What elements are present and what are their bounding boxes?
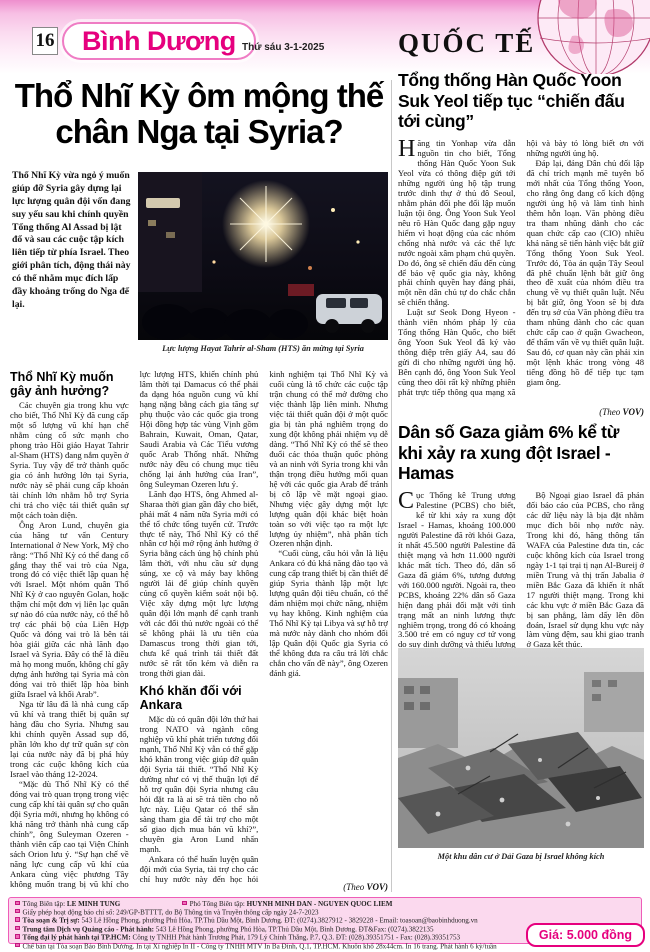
- square-bullet-icon: [15, 934, 20, 939]
- section-title: QUỐC TẾ: [398, 28, 535, 59]
- article-body: Thổ Nhĩ Kỳ muốn gây ảnh hưởng? Các chuyê…: [10, 370, 388, 890]
- paragraph: Lãnh đạo HTS, ông Ahmed al-Sharaa thời g…: [140, 490, 259, 679]
- paragraph: Bộ Ngoại giao Israel đã phản đối báo cáo…: [527, 491, 645, 651]
- article-headline: Thổ Nhĩ Kỳ ôm mộng thế chân Nga tại Syri…: [10, 78, 388, 149]
- price-badge: Giá: 5.000 đồng: [526, 923, 645, 947]
- imprint-row: Tổng Biên tập: LÊ MINH TÙNG Phó Tổng Biê…: [15, 901, 635, 909]
- photo-caption: Lực lượng Hayat Tahrir al-Sham (HTS) ăn …: [138, 344, 388, 353]
- source-attribution: (Theo VOV): [335, 882, 388, 892]
- paragraph: Mặc dù có quân đội lớn thứ hai trong NAT…: [140, 715, 259, 855]
- article-headline: Tổng thống Hàn Quốc Yoon Suk Yeol tiếp t…: [398, 70, 644, 132]
- brand-logo: Bình Dương: [62, 22, 256, 60]
- paragraph: Ông Aron Lund, chuyên gia của hãng tư vấ…: [10, 521, 129, 700]
- imprint-row: Giấy phép hoạt động báo chí số: 249/GP-B…: [15, 909, 635, 917]
- square-bullet-icon: [15, 909, 20, 914]
- paragraph: Nga từ lâu đã là nhà cung cấp vũ khí và …: [10, 700, 129, 780]
- square-bullet-icon: [15, 926, 20, 931]
- body-column-1: Cục Thống kê Trung ương Palestine (PCBS)…: [398, 491, 516, 661]
- paragraph: Hãng tin Yonhap vừa dẫn nguồn tin cho bi…: [398, 139, 516, 308]
- square-bullet-icon: [15, 943, 20, 948]
- square-bullet-icon: [182, 901, 187, 906]
- source-attribution: (Theo VOV): [591, 407, 644, 417]
- article-lead: Thổ Nhĩ Kỳ vừa ngỏ ý muốn giúp đỡ Syria …: [12, 170, 133, 312]
- paragraph: Các chuyên gia trong khu vực cho biết, T…: [10, 401, 129, 521]
- article-body: Cục Thống kê Trung ương Palestine (PCBS)…: [398, 491, 644, 661]
- paragraph: Đáp lại, đảng Dân chủ đối lập đã chỉ trí…: [527, 159, 645, 388]
- article-turkey-syria: Thổ Nhĩ Kỳ ôm mộng thế chân Nga tại Syri…: [10, 78, 388, 892]
- masthead: 16 Bình Dương Thứ sáu 3-1-2025 QUỐC TẾ: [0, 0, 650, 74]
- brand-name: Bình Dương: [82, 26, 236, 57]
- drop-cap: C: [398, 491, 416, 511]
- imprint-entry: Phó Tổng Biên tập: HUỲNH MINH DÂN - NGUY…: [182, 901, 392, 909]
- article-gaza: Dân số Gaza giảm 6% kể từ khi xảy ra xun…: [398, 422, 644, 660]
- square-bullet-icon: [15, 901, 20, 906]
- body-column-2: Bộ Ngoại giao Israel đã phản đối báo cáo…: [527, 491, 645, 661]
- article-headline: Dân số Gaza giảm 6% kể từ khi xảy ra xun…: [398, 422, 644, 484]
- syria-celebration-photo: [138, 172, 388, 340]
- paragraph: “Cuối cùng, câu hỏi vẫn là liệu Ankara c…: [269, 549, 388, 679]
- paragraph: Cục Thống kê Trung ương Palestine (PCBS)…: [398, 491, 516, 660]
- article-korea: Tổng thống Hàn Quốc Yoon Suk Yeol tiếp t…: [398, 70, 644, 417]
- page-number: 16: [32, 27, 58, 55]
- square-bullet-icon: [15, 917, 20, 922]
- subhead-influence: Thổ Nhĩ Kỳ muốn gây ảnh hưởng?: [10, 370, 129, 398]
- article-body: Hãng tin Yonhap vừa dẫn nguồn tin cho bi…: [398, 139, 644, 417]
- gaza-rubble-photo: [398, 648, 644, 848]
- column-divider: [391, 80, 392, 892]
- right-column: Tổng thống Hàn Quốc Yoon Suk Yeol tiếp t…: [398, 70, 644, 892]
- issue-date: Thứ sáu 3-1-2025: [242, 42, 324, 53]
- imprint-entry: Tổng Biên tập: LÊ MINH TÙNG: [15, 901, 120, 909]
- newspaper-page: 16 Bình Dương Thứ sáu 3-1-2025 QUỐC TẾ T…: [0, 0, 650, 952]
- subhead-ankara: Khó khăn đối với Ankara: [140, 684, 259, 712]
- drop-cap: H: [398, 139, 417, 159]
- photo-caption: Một khu dân cư ở Dải Gaza bị Israel khôn…: [398, 852, 644, 861]
